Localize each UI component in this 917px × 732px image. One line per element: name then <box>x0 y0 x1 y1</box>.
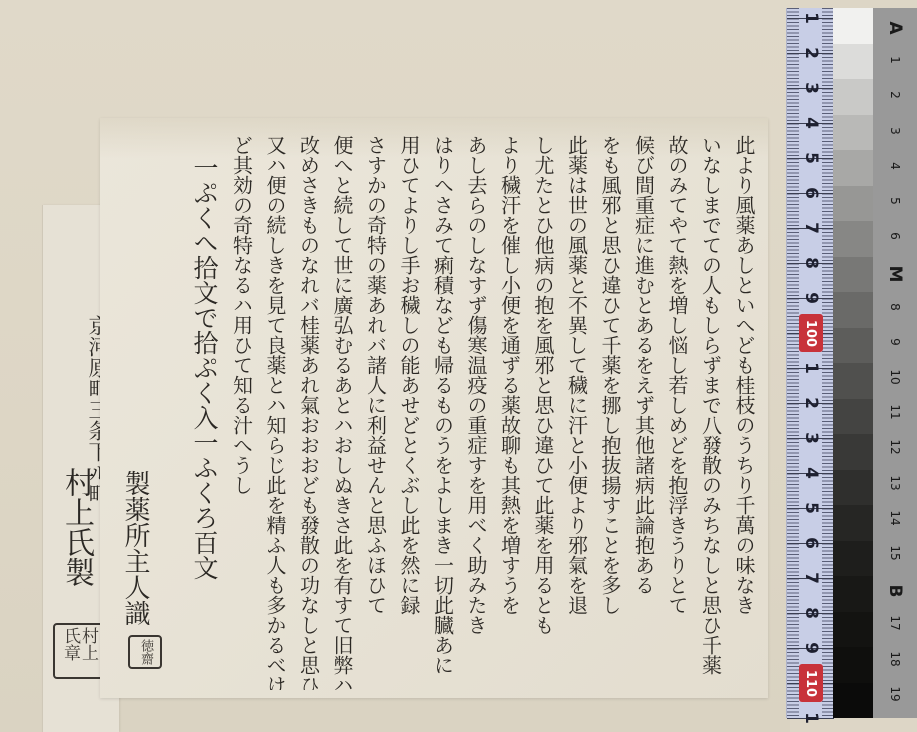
ruler-label: 7 <box>801 217 821 239</box>
gray-patch <box>833 8 873 44</box>
ruler-label: 4 <box>801 112 821 134</box>
ruler-badge: 100 <box>799 314 823 352</box>
text-column: 候び間重症に進むとあるをえず其他諸病此論抱ある <box>632 135 656 595</box>
gray-patch <box>833 115 873 151</box>
gray-patch <box>833 79 873 115</box>
gray-patch <box>833 363 873 399</box>
text-column: 改めさきものなれバ桂薬あれ氣おおおども發散の功なしと思ひ <box>297 135 321 690</box>
text-column: し尤たとひ他病の抱を風邪と思ひ違ひて此薬を用るとも <box>531 135 555 635</box>
ruler-label: 2 <box>801 392 821 414</box>
ruler-label: 7 <box>801 567 821 589</box>
text-column: 用ひてよりし手お穢しの能あせどとくぶし此を然に録 <box>397 135 421 615</box>
gray-patch <box>833 505 873 541</box>
text-column: ど其効の奇特なるハ用ひて知る汁へうし <box>230 135 254 495</box>
text-column: 此より風薬あしといへども桂枝のうちり千萬の味なき <box>732 135 756 615</box>
ruler-label: 5 <box>801 497 821 519</box>
gray-patch <box>833 257 873 293</box>
text-column: 一ぷくへ拾文で拾ぷく入一ふくろ百文 <box>190 155 219 580</box>
text-column: 便へと続して世に廣弘むるあとハおしぬきさ此を有すて旧弊ハ <box>330 135 354 690</box>
ruler-label: 2 <box>801 42 821 64</box>
text-column: あし去らのしなすず傷寒温疫の重症すを用べく助みたき <box>464 135 488 635</box>
ruler-label: 9 <box>801 637 821 659</box>
text-column: はりへさみて痢積なども帰るものうをよしまき一切此臓あに <box>431 135 455 675</box>
ruler-label: 6 <box>801 532 821 554</box>
gray-patch <box>833 44 873 80</box>
text-column: 又ハ便の続しきを見て良薬とハ知らじ此を精ふ人も多かるべけれど <box>263 135 287 690</box>
ruler-ticks-left <box>787 8 799 718</box>
gray-patch <box>833 541 873 577</box>
gray-reference-card: A123456M89101112131415B171819 <box>873 8 917 718</box>
text-column: さすかの奇特の薬あれバ諸人に利益せんと思ふほひて <box>364 135 388 615</box>
ruler-label: 8 <box>801 252 821 274</box>
ruler-label: 4 <box>801 462 821 484</box>
signature: 製薬所主人識 <box>120 470 150 626</box>
ruler-label: 6 <box>801 182 821 204</box>
gray-patch <box>833 221 873 257</box>
gray-patch <box>833 399 873 435</box>
maker-seal: 村上氏章 <box>53 623 105 679</box>
gray-patch <box>833 612 873 648</box>
ruler-label: 8 <box>801 602 821 624</box>
gray-patch <box>833 292 873 328</box>
gray-patch <box>833 647 873 683</box>
ruler-badge: 110 <box>799 664 823 702</box>
ruler-label: 1 <box>801 7 821 29</box>
ruler-label: 3 <box>801 427 821 449</box>
gray-patch <box>833 576 873 612</box>
text-column: より穢汗を催し小便を通ずる薬故聊も其熱を増すうを <box>498 135 522 615</box>
text-column: 此薬は世の風薬と不異して穢に汗と小便より邪氣を退 <box>565 135 589 615</box>
signature-seal: 徳齋 <box>128 635 162 669</box>
ruler-label: 1 <box>801 357 821 379</box>
gray-patch <box>833 470 873 506</box>
ruler-label: 3 <box>801 77 821 99</box>
gray-patch <box>833 186 873 222</box>
measurement-ruler: 1234567891001234567891101 <box>786 8 834 718</box>
ruler-label: 9 <box>801 287 821 309</box>
text-column: をも風邪と思ひ違ひて千薬を挪し抱抜揚すことを多し <box>598 135 622 615</box>
gray-patch <box>833 150 873 186</box>
ruler-label: 5 <box>801 147 821 169</box>
text-column: いなしまでての人もしらずまで八發散のみちなしと思ひ千薬 <box>699 135 723 675</box>
gray-patch <box>833 683 873 719</box>
grayscale-strip <box>833 8 873 718</box>
gray-card-label: 19 <box>888 672 902 716</box>
gray-patch <box>833 328 873 364</box>
text-column: 故のみてやて熱を増し悩し若しめどを抱浮きうりとて <box>665 135 689 615</box>
ruler-label: 1 <box>801 707 821 729</box>
gray-patch <box>833 434 873 470</box>
maker-name: 村上氏製 <box>59 467 93 587</box>
